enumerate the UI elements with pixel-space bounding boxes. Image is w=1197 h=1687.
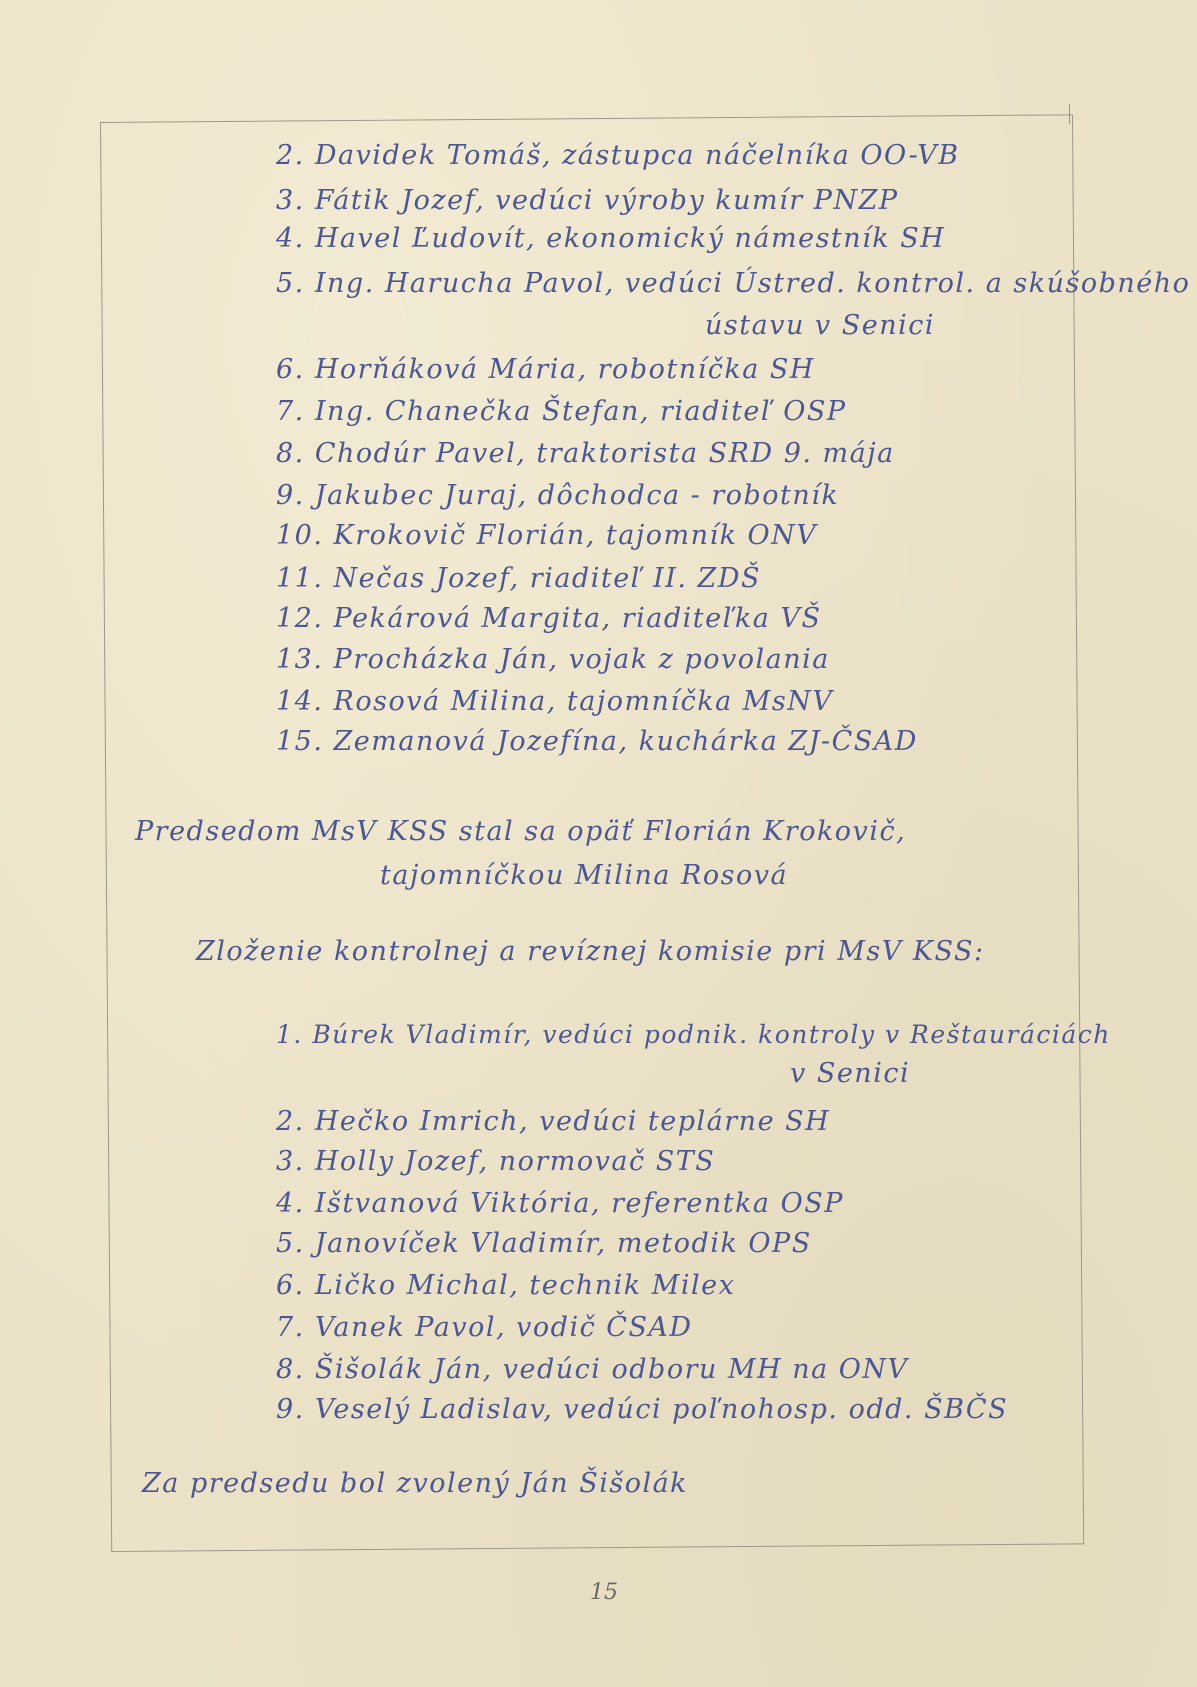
member-item-9: 9. Jakubec Juraj, dôchodca - robotník <box>276 482 839 509</box>
commission-item-4: 4. Ištvanová Viktória, referentka OSP <box>276 1190 844 1217</box>
commission-heading: Zloženie kontrolnej a revíznej komisie p… <box>196 938 985 965</box>
member-item-15: 15. Zemanová Jozefína, kuchárka ZJ-ČSAD <box>276 728 918 755</box>
commission-chairman-statement: Za predsedu bol zvolený Ján Šišolák <box>142 1470 688 1497</box>
member-item-4: 4. Havel Ľudovít, ekonomický námestník S… <box>276 225 945 252</box>
member-item-12: 12. Pekárová Margita, riaditeľka VŠ <box>276 605 821 632</box>
member-item-13: 13. Procházka Ján, vojak z povolania <box>276 646 830 673</box>
commission-item-6: 6. Ličko Michal, technik Milex <box>276 1272 735 1299</box>
border-corner-tick <box>1069 104 1070 124</box>
member-item-6: 6. Horňáková Mária, robotníčka SH <box>276 356 815 383</box>
commission-item-1: 1. Búrek Vladimír, vedúci podnik. kontro… <box>276 1022 1111 1047</box>
commission-item-8: 8. Šišolák Ján, vedúci odboru MH na ONV <box>276 1356 909 1383</box>
commission-item-3: 3. Holly Jozef, normovač STS <box>276 1148 715 1175</box>
commission-item-1-continuation: v Senici <box>790 1060 910 1087</box>
commission-item-9: 9. Veselý Ladislav, vedúci poľnohosp. od… <box>276 1396 1008 1423</box>
member-item-5-continuation: ústavu v Senici <box>705 312 935 339</box>
member-item-5: 5. Ing. Harucha Pavol, vedúci Ústred. ko… <box>276 270 1190 297</box>
member-item-11: 11. Nečas Jozef, riaditeľ II. ZDŠ <box>276 565 761 592</box>
notebook-page: 2. Davidek Tomáš, zástupca náčelníka OO-… <box>0 0 1197 1687</box>
member-item-14: 14. Rosová Milina, tajomníčka MsNV <box>276 688 833 715</box>
member-item-7: 7. Ing. Chanečka Štefan, riaditeľ OSP <box>276 398 847 425</box>
chairman-statement-line1: Predsedom MsV KSS stal sa opäť Florián K… <box>135 818 906 845</box>
commission-item-2: 2. Hečko Imrich, vedúci teplárne SH <box>276 1108 830 1135</box>
chairman-statement-line2: tajomníčkou Milina Rosová <box>380 862 788 889</box>
commission-item-5: 5. Janovíček Vladimír, metodik OPS <box>276 1230 812 1257</box>
page-number: 15 <box>590 1580 618 1605</box>
member-item-2: 2. Davidek Tomáš, zástupca náčelníka OO-… <box>276 142 960 169</box>
member-item-3: 3. Fátik Jozef, vedúci výroby kumír PNZP <box>276 187 899 214</box>
member-item-8: 8. Chodúr Pavel, traktorista SRD 9. mája <box>276 440 895 467</box>
member-item-10: 10. Krokovič Florián, tajomník ONV <box>276 522 817 549</box>
commission-item-7: 7. Vanek Pavol, vodič ČSAD <box>276 1314 693 1341</box>
